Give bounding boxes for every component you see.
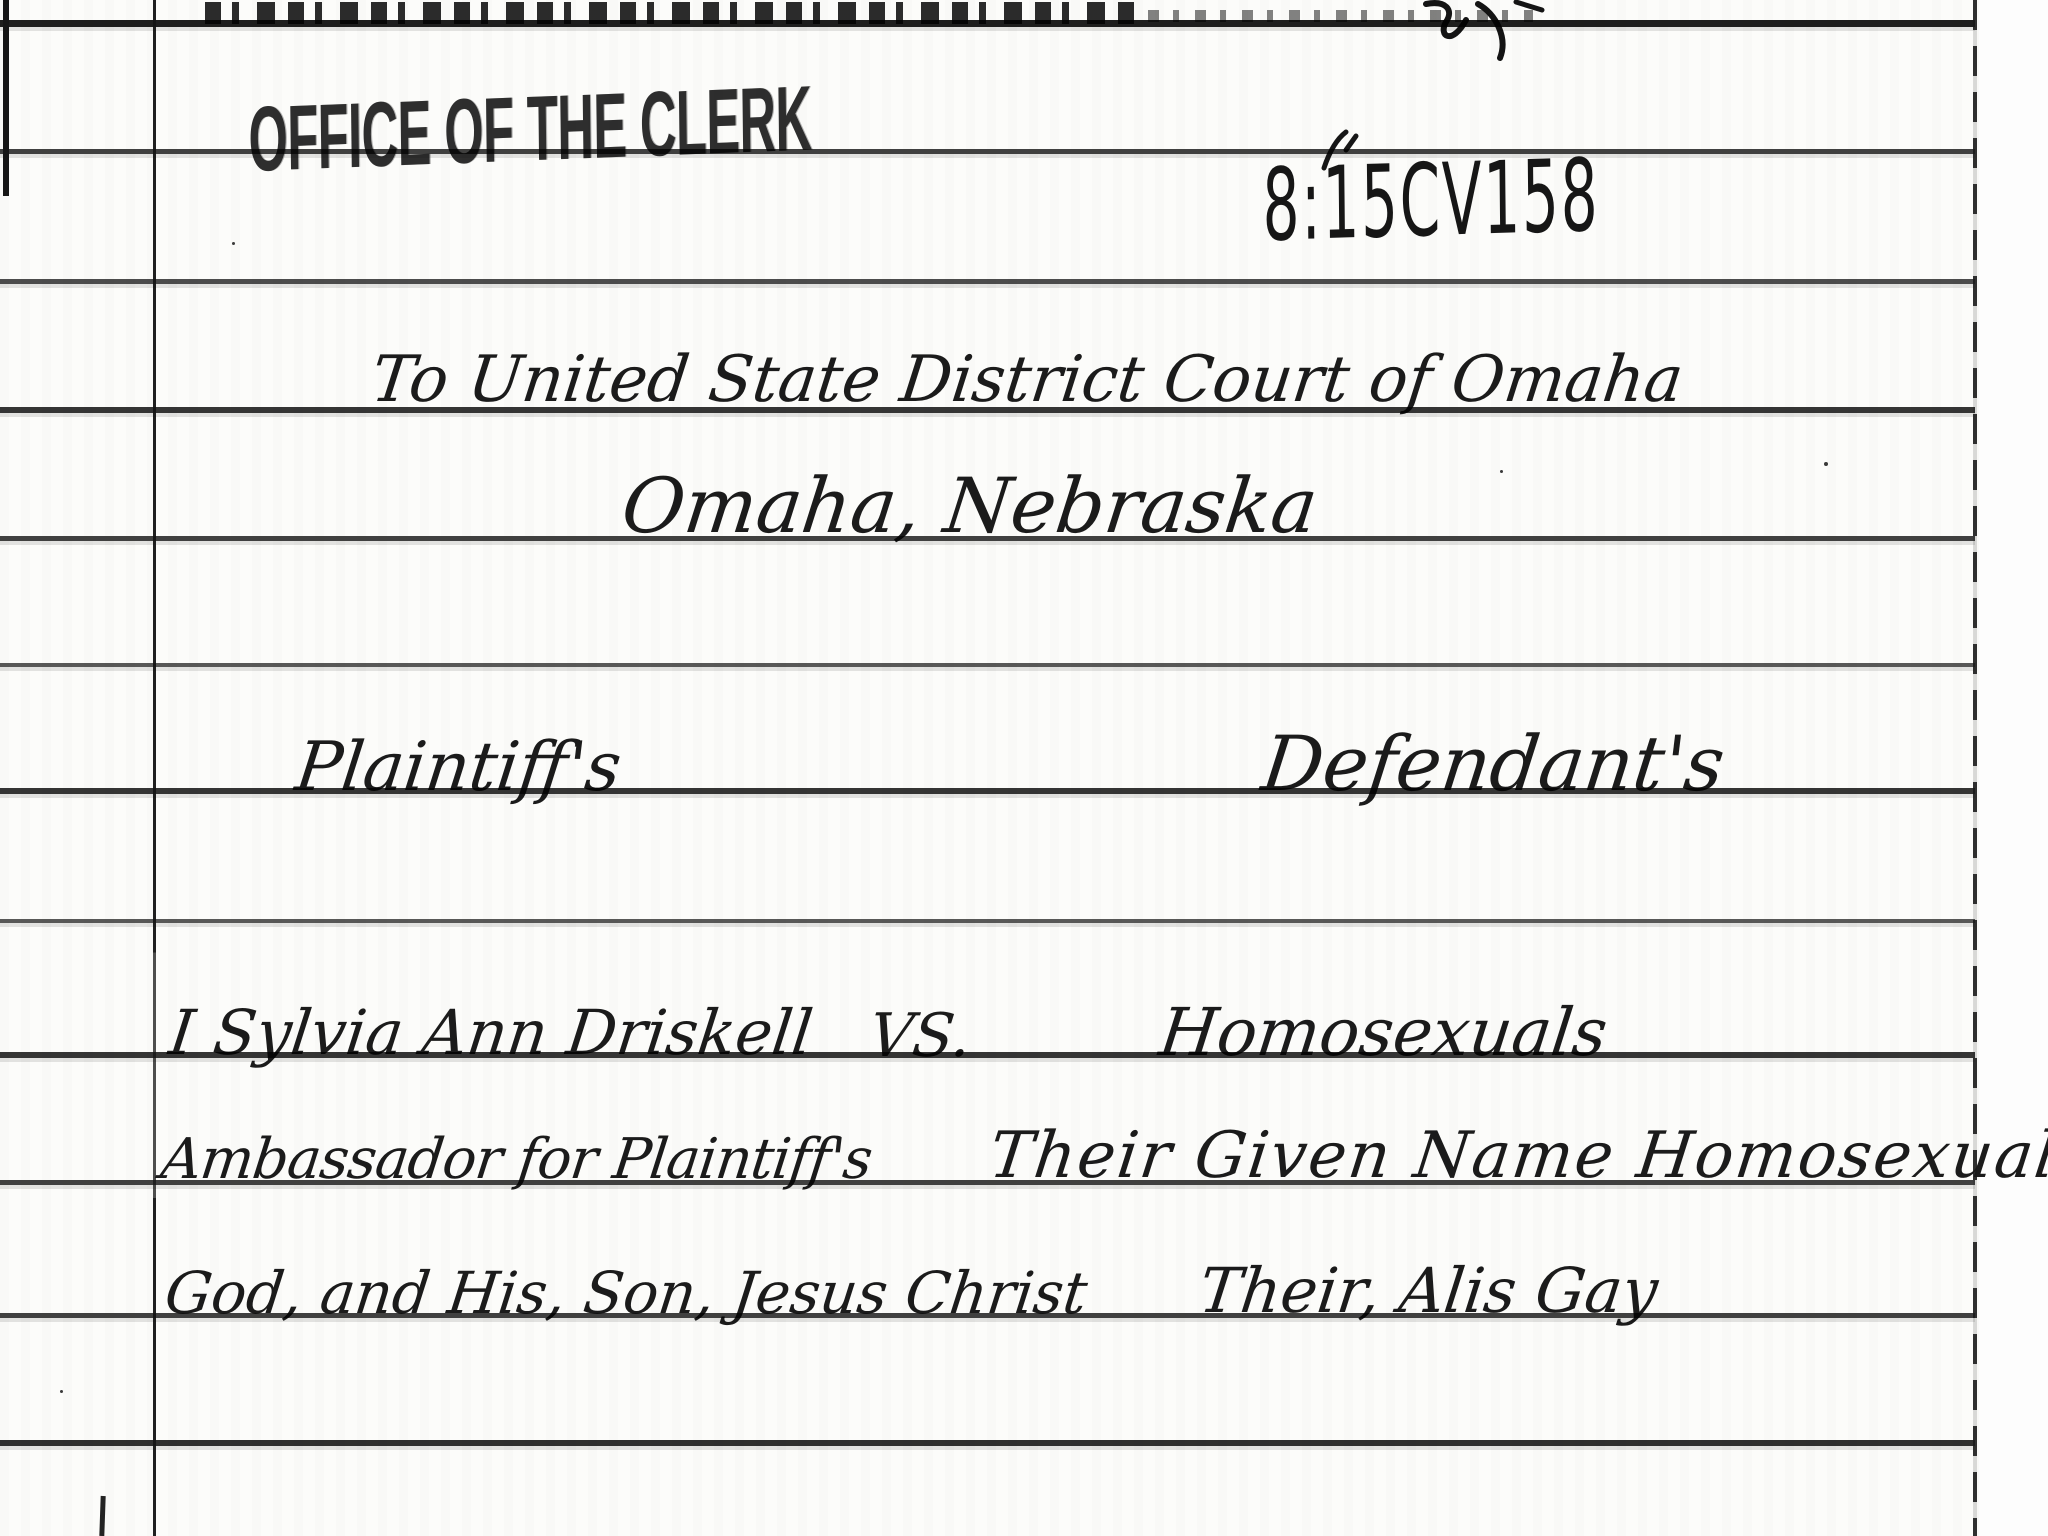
ruled-line xyxy=(0,788,1975,794)
ruled-line xyxy=(0,536,1975,541)
ruled-line xyxy=(0,1180,1975,1185)
ruled-line xyxy=(0,1313,1975,1318)
scan-speck xyxy=(232,242,235,245)
ruled-line xyxy=(0,407,1975,413)
city-state-line: Omaha, Nebraska xyxy=(618,468,1322,544)
ruled-line xyxy=(0,663,1975,667)
ruled-line xyxy=(0,919,1975,923)
case-number: 8:15CV158 xyxy=(1262,146,1600,256)
ruled-line xyxy=(0,279,1975,284)
handwriting-descender-fragment xyxy=(1412,0,1562,64)
paper-right-edge xyxy=(1973,0,1977,1536)
ruled-line xyxy=(0,1440,1975,1446)
ruled-line xyxy=(0,1052,1975,1058)
ruled-line xyxy=(0,149,1975,154)
paper-left-edge-shadow xyxy=(3,0,9,196)
court-address-line: To United State District Court of Omaha xyxy=(368,348,1687,412)
scan-speck xyxy=(60,1390,63,1393)
scan-speck xyxy=(1500,470,1503,473)
scan-speck xyxy=(1824,462,1828,466)
margin-rule-line xyxy=(153,0,156,1536)
office-of-the-clerk-stamp: OFFICE OF THE CLERK xyxy=(248,73,812,186)
scanned-handwritten-court-filing: OFFICE OF THE CLERK 8:15CV158 To United … xyxy=(0,0,2048,1536)
ruled-line xyxy=(0,20,1975,27)
defendant-given-name-line: Their Given Name Homosexuals xyxy=(986,1124,2048,1188)
